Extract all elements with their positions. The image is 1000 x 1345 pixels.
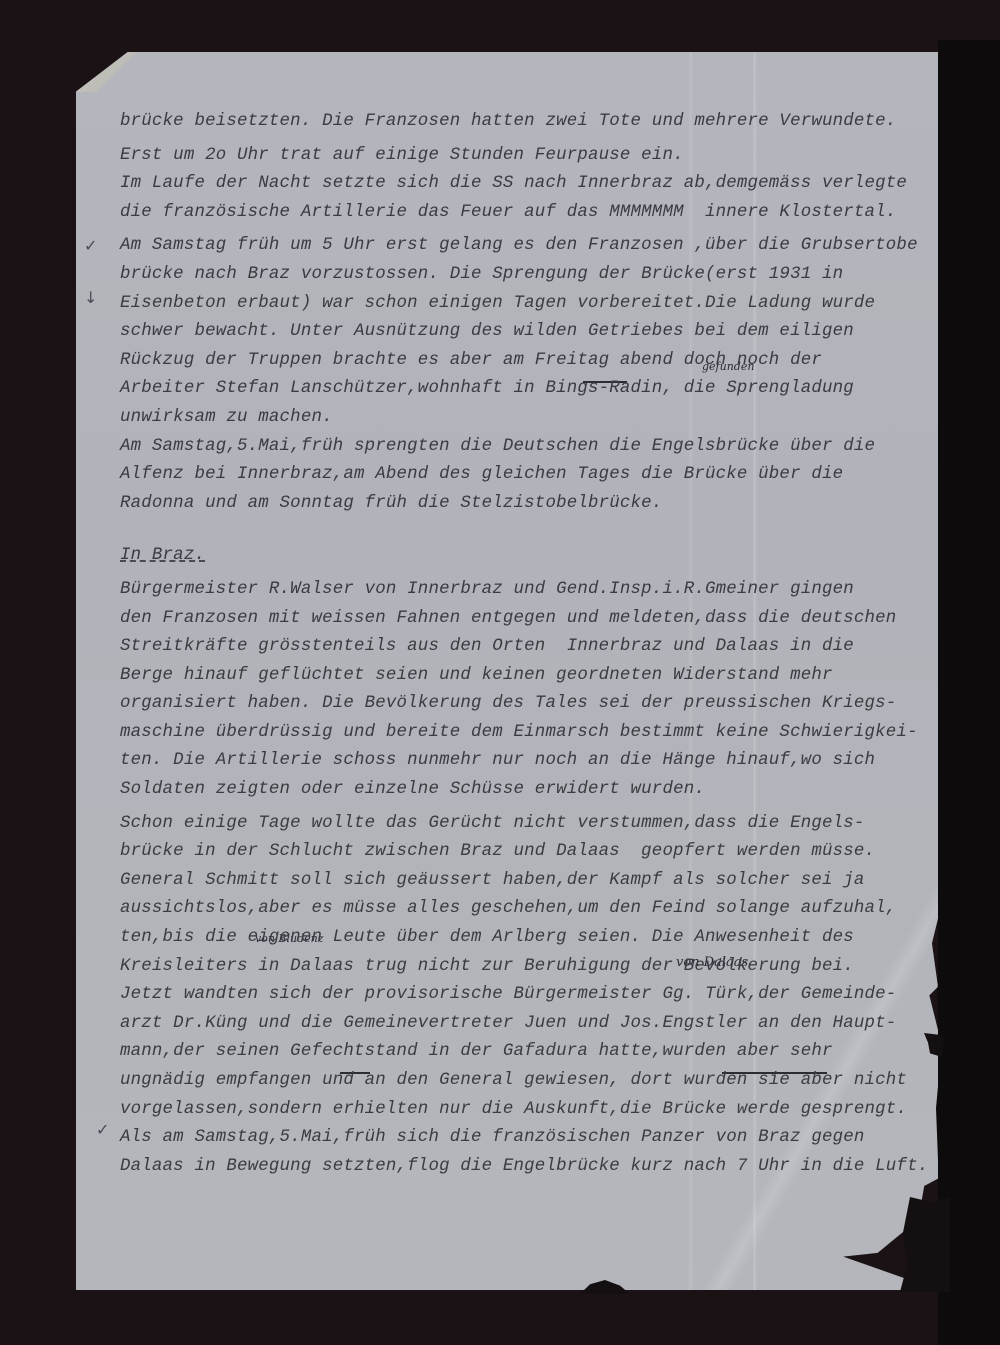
text-line: arzt Dr.Küng und die Gemeinevertreter Ju… xyxy=(120,1010,950,1039)
text-line: Bürgermeister R.Walser von Innerbraz und… xyxy=(120,576,950,605)
text-line: brücke nach Braz vorzustossen. Die Spren… xyxy=(120,261,950,290)
text-line: mann,der seinen Gefechtstand in der Gafa… xyxy=(120,1038,950,1067)
text-line: Soldaten zeigten oder einzelne Schüsse e… xyxy=(120,776,950,805)
folded-corner xyxy=(76,52,136,92)
text-line: Am Samstag früh um 5 Uhr erst gelang es … xyxy=(120,232,950,261)
text-line: Am Samstag,5.Mai,früh sprengten die Deut… xyxy=(120,433,950,462)
text-line: maschine überdrüssig und bereite dem Ein… xyxy=(120,719,950,748)
text-line: den Franzosen mit weissen Fahnen entgege… xyxy=(120,605,950,634)
text-line: Rückzug der Truppen brachte es aber am F… xyxy=(120,347,950,376)
text-line: aussichtslos,aber es müsse alles gescheh… xyxy=(120,895,950,924)
text-line: Streitkräfte grösstenteils aus den Orten… xyxy=(120,633,950,662)
text-line: Berge hinauf geflüchtet seien und keinen… xyxy=(120,662,950,691)
check-mark-icon: ✓ xyxy=(96,1120,109,1139)
text-line: Erst um 2o Uhr trat auf einige Stunden F… xyxy=(120,142,950,171)
down-arrow-icon: ↓ xyxy=(84,288,97,307)
torn-corner xyxy=(900,1197,950,1292)
check-mark-icon: ✓ xyxy=(84,236,97,255)
text-line: brücke in der Schlucht zwischen Braz und… xyxy=(120,838,950,867)
text-line: ten,bis die eigenen Leute über dem Arlbe… xyxy=(120,924,950,953)
text-line: organisiert haben. Die Bevölkerung des T… xyxy=(120,690,950,719)
text-line: Kreisleiters in Dalaas trug nicht zur Be… xyxy=(120,953,950,982)
text-line: vorgelassen,sondern erhielten nur die Au… xyxy=(120,1096,950,1125)
text-line: Im Laufe der Nacht setzte sich die SS na… xyxy=(120,170,950,199)
text-line: Dalaas in Bewegung setzten,flog die Enge… xyxy=(120,1153,950,1182)
text-line: Eisenbeton erbaut) war schon einigen Tag… xyxy=(120,290,950,319)
text-line: Schon einige Tage wollte das Gerücht nic… xyxy=(120,810,950,839)
text-line: ungnädig empfangen und an den General ge… xyxy=(120,1067,950,1096)
text-line: die französische Artillerie das Feuer au… xyxy=(120,199,950,228)
text-line: Jetzt wandten sich der provisorische Bür… xyxy=(120,981,950,1010)
text-line: Als am Samstag,5.Mai,früh sich die franz… xyxy=(120,1124,950,1153)
document-body: brücke beisetzten. Die Franzosen hatten … xyxy=(120,108,950,1181)
text-line: brücke beisetzten. Die Franzosen hatten … xyxy=(120,108,950,137)
text-line: Radonna und am Sonntag früh die Stelzist… xyxy=(120,490,950,519)
text-line: schwer bewacht. Unter Ausnützung des wil… xyxy=(120,318,950,347)
section-heading: In Braz. xyxy=(120,542,950,571)
text-line: ten. Die Artillerie schoss nunmehr nur n… xyxy=(120,747,950,776)
text-line: General Schmitt soll sich geäussert habe… xyxy=(120,867,950,896)
text-line: Alfenz bei Innerbraz,am Abend des gleich… xyxy=(120,461,950,490)
text-line: Arbeiter Stefan Lanschützer,wohnhaft in … xyxy=(120,375,950,404)
text-line: unwirksam zu machen. xyxy=(120,404,950,433)
